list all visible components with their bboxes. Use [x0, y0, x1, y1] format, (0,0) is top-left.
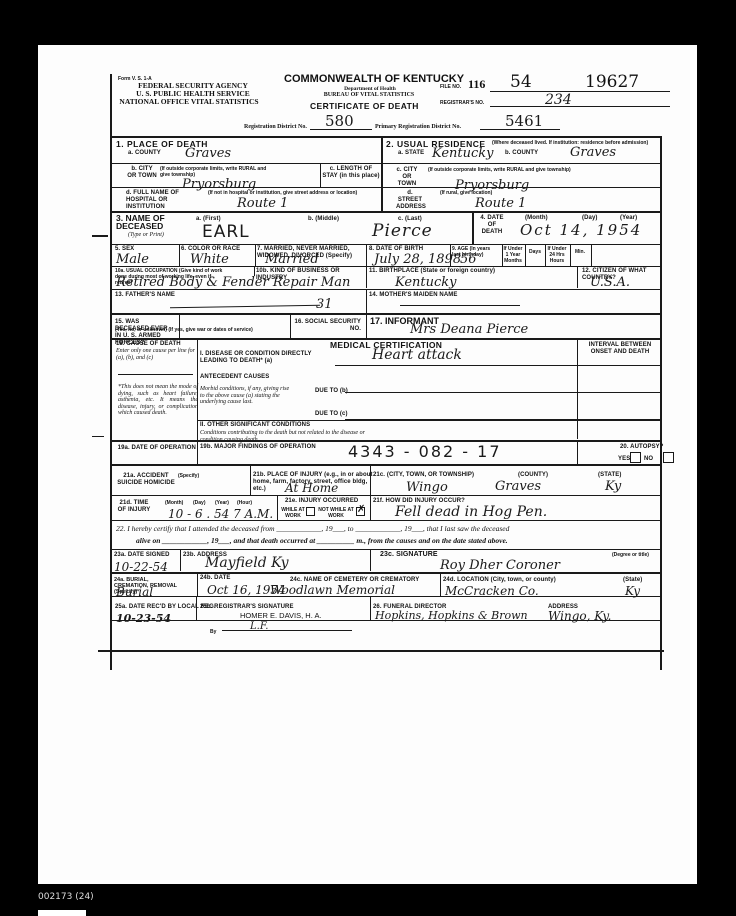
file-no-prefix: 116: [468, 77, 485, 92]
findings-value: 4343 - 082 - 17: [348, 445, 502, 459]
signature-value: Roy Dher Coroner: [440, 559, 560, 573]
date-received-value: 10-23-54: [116, 612, 171, 626]
citizen-value: U.S.A.: [590, 276, 630, 290]
cause-instruction: Enter only one cause per line for (a), (…: [116, 348, 196, 361]
res-county-value: Graves: [570, 146, 616, 160]
while-at-work-label: WHILE AT WORK: [279, 507, 307, 519]
marital-value: Married: [265, 253, 319, 267]
injury-state-label: (STATE): [598, 472, 621, 479]
antecedent-label: ANTECEDENT CAUSES: [200, 374, 269, 381]
death-county-value: Graves: [185, 147, 231, 161]
res-street-label: d. STREET ADDRESS: [396, 190, 424, 211]
accident-label: 21a. ACCIDENT SUICIDE HOMICIDE: [116, 473, 176, 487]
dod-value: Oct 14, 1954: [520, 223, 642, 237]
injury-city-value: Wingo: [406, 481, 448, 495]
first-name-value: EARL: [202, 222, 250, 242]
last-name-value: Pierce: [372, 221, 433, 241]
county-label: a. COUNTY: [128, 150, 161, 157]
cemetery-value: Woodlawn Memorial: [270, 583, 395, 597]
not-at-work-checkbox[interactable]: ✗: [356, 507, 365, 516]
name-sub: (Type or Print): [128, 232, 164, 239]
file-no-year: 54: [510, 72, 532, 92]
file-no-label: FILE NO.: [440, 84, 461, 90]
race-value: White: [190, 253, 229, 267]
registrar-sig-value: HOMER E. DAVIS, H. A.: [240, 611, 322, 620]
interval-label: INTERVAL BETWEEN ONSET AND DEATH: [582, 342, 658, 356]
injury-state-value: Ky: [605, 480, 621, 494]
autopsy-yes-label: YES: [618, 456, 630, 463]
autopsy-yes-checkbox[interactable]: [630, 452, 641, 463]
hospital-note: (If not in hospital or institution, give…: [208, 190, 378, 196]
birthplace-value: Kentucky: [395, 276, 457, 290]
agency-line: NATIONAL OFFICE VITAL STATISTICS: [110, 98, 268, 106]
age-hours-label: If Under 24 Hrs Hours: [546, 246, 568, 264]
stay-label: c. LENGTH OF STAY (in this place): [322, 166, 380, 180]
agency-block: FEDERAL SECURITY AGENCY U. S. PUBLIC HEA…: [118, 82, 268, 106]
hospital-label: d. FULL NAME OF HOSPITAL OR INSTITUTION: [126, 190, 206, 211]
registrar-sig-label: 25b. REGISTRAR'S SIGNATURE: [200, 604, 294, 611]
informant-value: Mrs Deana Pierce: [410, 323, 528, 337]
operation-date-label: 19a. DATE OF OPERATION: [116, 445, 196, 452]
degree-label: (Degree or title): [612, 552, 649, 558]
burial-date-label: 24b. DATE: [200, 575, 230, 582]
injury-time-value: 10 - 6 . 54 7 A.M.: [168, 507, 273, 521]
cause-footnote: *This does not mean the mode of dying, s…: [118, 384, 198, 417]
primary-district-label: Primary Registration District No.: [375, 124, 461, 130]
sex-value: Male: [116, 253, 149, 267]
image-caption: 002173 (24): [38, 892, 94, 902]
morbid-note: Morbid conditions, if any, giving rise t…: [200, 386, 295, 406]
res-city-note: (If outside corporate limits, write RURA…: [428, 167, 658, 173]
res-county-label: b. COUNTY: [505, 150, 538, 157]
accident-specify: (Specify): [178, 473, 199, 479]
res-state-label: a. STATE: [398, 150, 424, 157]
father-mark: 31: [316, 298, 333, 312]
dob-value: July 28, 1898: [374, 253, 461, 267]
age-days-label: Days: [526, 249, 544, 255]
injury-time-label: 21d. TIME OF INJURY: [116, 500, 152, 514]
time-col-hour: (Hour): [237, 500, 252, 506]
primary-district: 5461: [505, 114, 543, 128]
by-label: By: [210, 629, 216, 635]
bureau-label: BUREAU OF VITAL STATISTICS: [304, 92, 434, 98]
time-col-month: (Month): [165, 500, 183, 506]
certify-line-2: alive on ____________, 19___, and that d…: [136, 538, 508, 545]
city-label: b. CITY OR TOWN: [127, 166, 157, 180]
due-to-b-label: DUE TO (b): [315, 388, 348, 395]
cause-title: 18. CAUSE OF DEATH: [116, 341, 181, 348]
file-no: 19627: [585, 72, 639, 92]
burial-location-label: 24d. LOCATION (City, town, or county): [443, 577, 556, 584]
injury-county-value: Graves: [495, 480, 541, 494]
address-value: Mayfield Ky: [205, 556, 289, 570]
findings-label: 19b. MAJOR FINDINGS OF OPERATION: [200, 444, 316, 451]
reg-district: 580: [325, 114, 354, 128]
business-label: 10b. KIND OF BUSINESS OR INDUSTRY: [256, 268, 364, 282]
signature-label: 23c. SIGNATURE: [380, 551, 438, 558]
registrar-no: 234: [545, 93, 572, 107]
certify-line-1: 22. I hereby certify that I attended the…: [116, 526, 509, 533]
armed-note: (Yes, no, or unknown) (If yes, give war …: [115, 327, 275, 333]
time-col-year: (Year): [215, 500, 229, 506]
age-min-label: Min.: [571, 249, 589, 255]
injury-occurred-label: 21e. INJURY OCCURRED: [285, 498, 358, 505]
name-label: 3. NAME OF DECEASED: [116, 214, 186, 230]
age-value: 56: [460, 253, 477, 267]
dod-label: 4. DATE OF DEATH: [478, 215, 506, 236]
hospital-value: Route 1: [237, 197, 288, 211]
while-at-work-checkbox[interactable]: [306, 507, 315, 516]
mother-label: 14. MOTHER'S MAIDEN NAME: [369, 292, 458, 299]
place-of-injury-value: At Home: [285, 481, 338, 495]
res-state-value: Kentucky: [432, 147, 494, 161]
burial-state-label: (State): [623, 577, 642, 584]
certificate-title: CERTIFICATE OF DEATH: [310, 101, 419, 111]
injury-city-label: 21c. (CITY, TOWN, OR TOWNSHIP): [373, 472, 474, 479]
autopsy-label: 20. AUTOPSY?: [620, 444, 664, 451]
res-street-value: Route 1: [475, 197, 526, 211]
middle-label: b. (Middle): [308, 216, 339, 223]
res-city-label: c. CITY OR TOWN: [396, 167, 418, 188]
due-to-c-label: DUE TO (c): [315, 411, 348, 418]
cause-a-value: Heart attack: [372, 348, 462, 362]
cause-i-label: I. DISEASE OR CONDITION DIRECTLY LEADING…: [200, 351, 320, 365]
father-label: 13. FATHER'S NAME: [115, 292, 175, 299]
age-months-label: If Under 1 Year Months: [503, 246, 523, 264]
caption-bar: [38, 910, 86, 916]
not-at-work-label: NOT WHILE AT WORK: [316, 507, 356, 519]
autopsy-no-checkbox[interactable]: [663, 452, 674, 463]
birthplace-label: 11. BIRTHPLACE (State or foreign country…: [369, 268, 495, 275]
injury-county-label: (COUNTY): [518, 472, 548, 479]
reg-district-label: Registration District No.: [244, 124, 307, 130]
time-col-day: (Day): [193, 500, 206, 506]
state-title: COMMONWEALTH OF KENTUCKY: [284, 73, 464, 85]
how-injury-value: Fell dead in Hog Pen.: [395, 505, 547, 519]
other-conditions-label: II. OTHER SIGNIFICANT CONDITIONS: [200, 422, 310, 429]
date-signed-label: 23a. DATE SIGNED: [114, 552, 170, 559]
autopsy-no-label: NO: [644, 456, 653, 463]
by-value: L.F.: [250, 620, 268, 634]
registrar-no-label: REGISTRAR'S NO.: [440, 100, 484, 106]
ssn-label: 16. SOCIAL SECURITY NO.: [293, 319, 361, 333]
